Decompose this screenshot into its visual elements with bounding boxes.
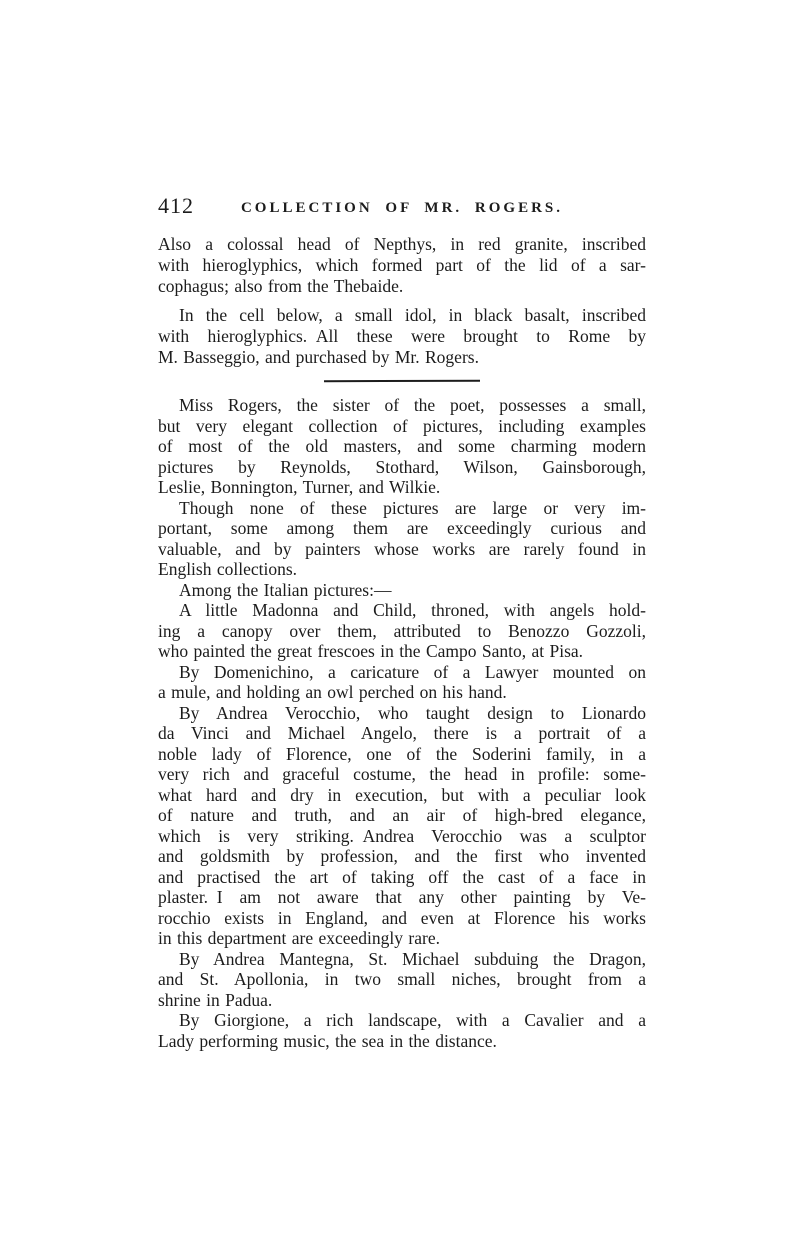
text-line: valuable, and by painters whose works ar… xyxy=(158,539,646,560)
text-section-top: Also a colossal head of Nepthys, in red … xyxy=(158,234,646,368)
running-head-title: COLLECTION OF MR. ROGERS. xyxy=(158,198,646,218)
text-line: with hieroglyphics. All these were broug… xyxy=(158,326,646,347)
text-line: and St. Apollonia, in two small niches, … xyxy=(158,969,646,990)
paragraph: By Andrea Mantegna, St. Michael subduing… xyxy=(158,949,646,1011)
paragraph: Though none of these pictures are large … xyxy=(158,498,646,580)
text-line: with hieroglyphics, which formed part of… xyxy=(158,255,646,276)
text-line: By Andrea Mantegna, St. Michael subduing… xyxy=(158,949,646,970)
paragraph: By Andrea Verocchio, who taught design t… xyxy=(158,703,646,949)
text-line: plaster. I am not aware that any other p… xyxy=(158,887,646,908)
text-line: Lady performing music, the sea in the di… xyxy=(158,1031,646,1052)
text-line: in this department are exceedingly rare. xyxy=(158,928,646,949)
text-line: English collections. xyxy=(158,559,646,580)
text-line: ing a canopy over them, attributed to Be… xyxy=(158,621,646,642)
text-line: In the cell below, a small idol, in blac… xyxy=(158,305,646,326)
paragraph: Miss Rogers, the sister of the poet, pos… xyxy=(158,395,646,498)
text-line: Leslie, Bonnington, Turner, and Wilkie. xyxy=(158,477,646,498)
text-line: Also a colossal head of Nepthys, in red … xyxy=(158,234,646,255)
section-separator xyxy=(158,380,646,382)
text-line: Miss Rogers, the sister of the poet, pos… xyxy=(158,395,646,416)
text-line: M. Basseggio, and purchased by Mr. Roger… xyxy=(158,347,646,368)
text-line: By Domenichino, a caricature of a Lawyer… xyxy=(158,662,646,683)
book-page: 412 COLLECTION OF MR. ROGERS. Also a col… xyxy=(0,0,800,1237)
text-section-main: Miss Rogers, the sister of the poet, pos… xyxy=(158,395,646,1051)
text-line: and goldsmith by profession, and the fir… xyxy=(158,846,646,867)
text-line: a mule, and holding an owl perched on hi… xyxy=(158,682,646,703)
text-line: By Andrea Verocchio, who taught design t… xyxy=(158,703,646,724)
text-line: but very elegant collection of pictures,… xyxy=(158,416,646,437)
text-line: of most of the old masters, and some cha… xyxy=(158,436,646,457)
separator-rule-line xyxy=(324,380,480,382)
text-line: shrine in Padua. xyxy=(158,990,646,1011)
paragraph: A little Madonna and Child, throned, wit… xyxy=(158,600,646,662)
text-line: pictures by Reynolds, Stothard, Wilson, … xyxy=(158,457,646,478)
paragraph: By Domenichino, a caricature of a Lawyer… xyxy=(158,662,646,703)
text-line: very rich and graceful costume, the head… xyxy=(158,764,646,785)
text-line: By Giorgione, a rich landscape, with a C… xyxy=(158,1010,646,1031)
text-line: Though none of these pictures are large … xyxy=(158,498,646,519)
text-line: Among the Italian pictures:— xyxy=(158,580,646,601)
text-line: what hard and dry in execution, but with… xyxy=(158,785,646,806)
text-line: noble lady of Florence, one of the Soder… xyxy=(158,744,646,765)
paragraph: Also a colossal head of Nepthys, in red … xyxy=(158,234,646,297)
text-line: A little Madonna and Child, throned, wit… xyxy=(158,600,646,621)
paragraph: By Giorgione, a rich landscape, with a C… xyxy=(158,1010,646,1051)
text-line: of nature and truth, and an air of high-… xyxy=(158,805,646,826)
text-line: which is very striking. Andrea Verocchio… xyxy=(158,826,646,847)
running-header: 412 COLLECTION OF MR. ROGERS. xyxy=(158,194,646,220)
text-line: portant, some among them are exceedingly… xyxy=(158,518,646,539)
text-line: who painted the great frescoes in the Ca… xyxy=(158,641,646,662)
text-line: rocchio exists in England, and even at F… xyxy=(158,908,646,929)
paragraph: In the cell below, a small idol, in blac… xyxy=(158,305,646,368)
text-line: da Vinci and Michael Angelo, there is a … xyxy=(158,723,646,744)
text-line: cophagus; also from the Thebaide. xyxy=(158,276,646,297)
paragraph: Among the Italian pictures:— xyxy=(158,580,646,601)
text-line: and practised the art of taking off the … xyxy=(158,867,646,888)
